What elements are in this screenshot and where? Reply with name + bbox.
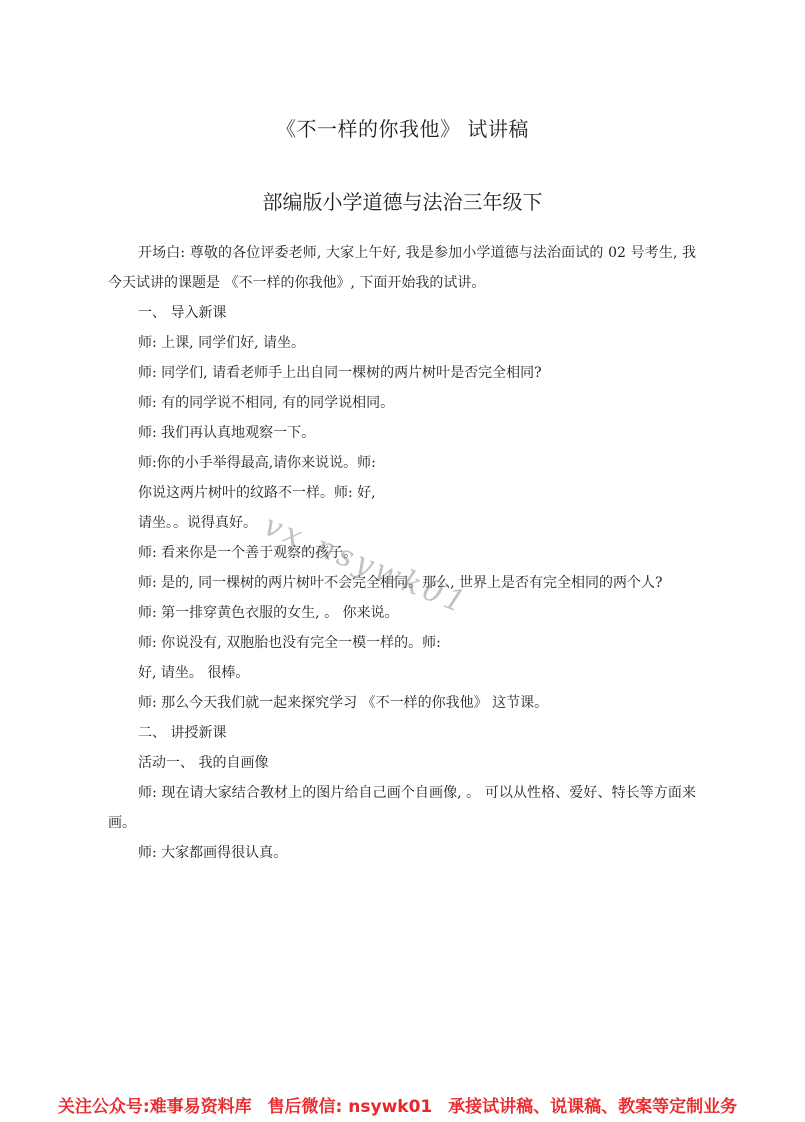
paragraph: 师: 你说没有, 双胞胎也没有完全一模一样的。师: — [108, 628, 696, 658]
document-page: 《不一样的你我他》 试讲稿 部编版小学道德与法治三年级下 开场白: 尊敬的各位评… — [0, 0, 805, 1122]
paragraph: 好, 请坐。 很棒。 — [108, 658, 696, 688]
document-body: 开场白: 尊敬的各位评委老师, 大家上午好, 我是参加小学道德与法治面试的 02… — [108, 238, 696, 868]
paragraph: 师: 大家都画得很认真。 — [108, 838, 696, 868]
paragraph: 师: 上课, 同学们好, 请坐。 — [108, 328, 696, 358]
paragraph: 师: 我们再认真地观察一下。 — [108, 418, 696, 448]
activity-heading: 活动一、 我的自画像 — [108, 748, 696, 778]
paragraph: 师: 那么今天我们就一起来探究学习 《不一样的你我他》 这节课。 — [108, 688, 696, 718]
footer-follow-text: 关注公众号:难事易资料库 — [58, 1097, 252, 1117]
paragraph: 师:你的小手举得最高,请你来说说。师: — [108, 448, 696, 478]
document-subtitle: 部编版小学道德与法治三年级下 — [0, 186, 805, 215]
paragraph: 你说这两片树叶的纹路不一样。师: 好, — [108, 478, 696, 508]
footer-service-text: 承接试讲稿、说课稿、教案等定制业务 — [448, 1097, 737, 1117]
section-heading-new-lesson: 二、 讲授新课 — [108, 718, 696, 748]
footer-wechat-text: 售后微信: nsywk01 — [268, 1097, 433, 1117]
section-heading-intro: 一、 导入新课 — [108, 298, 696, 328]
document-title: 《不一样的你我他》 试讲稿 — [0, 113, 805, 142]
paragraph: 师: 同学们, 请看老师手上出自同一棵树的两片树叶是否完全相同? — [108, 358, 696, 388]
paragraph: 师: 有的同学说不相同, 有的同学说相同。 — [108, 388, 696, 418]
paragraph: 师: 现在请大家结合教材上的图片给自己画个自画像, 。 可以从性格、爱好、特长等… — [108, 778, 696, 838]
paragraph: 师: 第一排穿黄色衣服的女生, 。 你来说。 — [108, 598, 696, 628]
paragraph: 师: 是的, 同一棵树的两片树叶不会完全相同。那么, 世界上是否有完全相同的两个… — [108, 568, 696, 598]
paragraph: 师: 看来你是一个善于观察的孩子。 — [108, 538, 696, 568]
paragraph-opening: 开场白: 尊敬的各位评委老师, 大家上午好, 我是参加小学道德与法治面试的 02… — [108, 238, 696, 298]
paragraph: 请坐。。说得真好。 — [108, 508, 696, 538]
footer-banner: 关注公众号:难事易资料库 售后微信: nsywk01 承接试讲稿、说课稿、教案等… — [0, 1092, 805, 1118]
